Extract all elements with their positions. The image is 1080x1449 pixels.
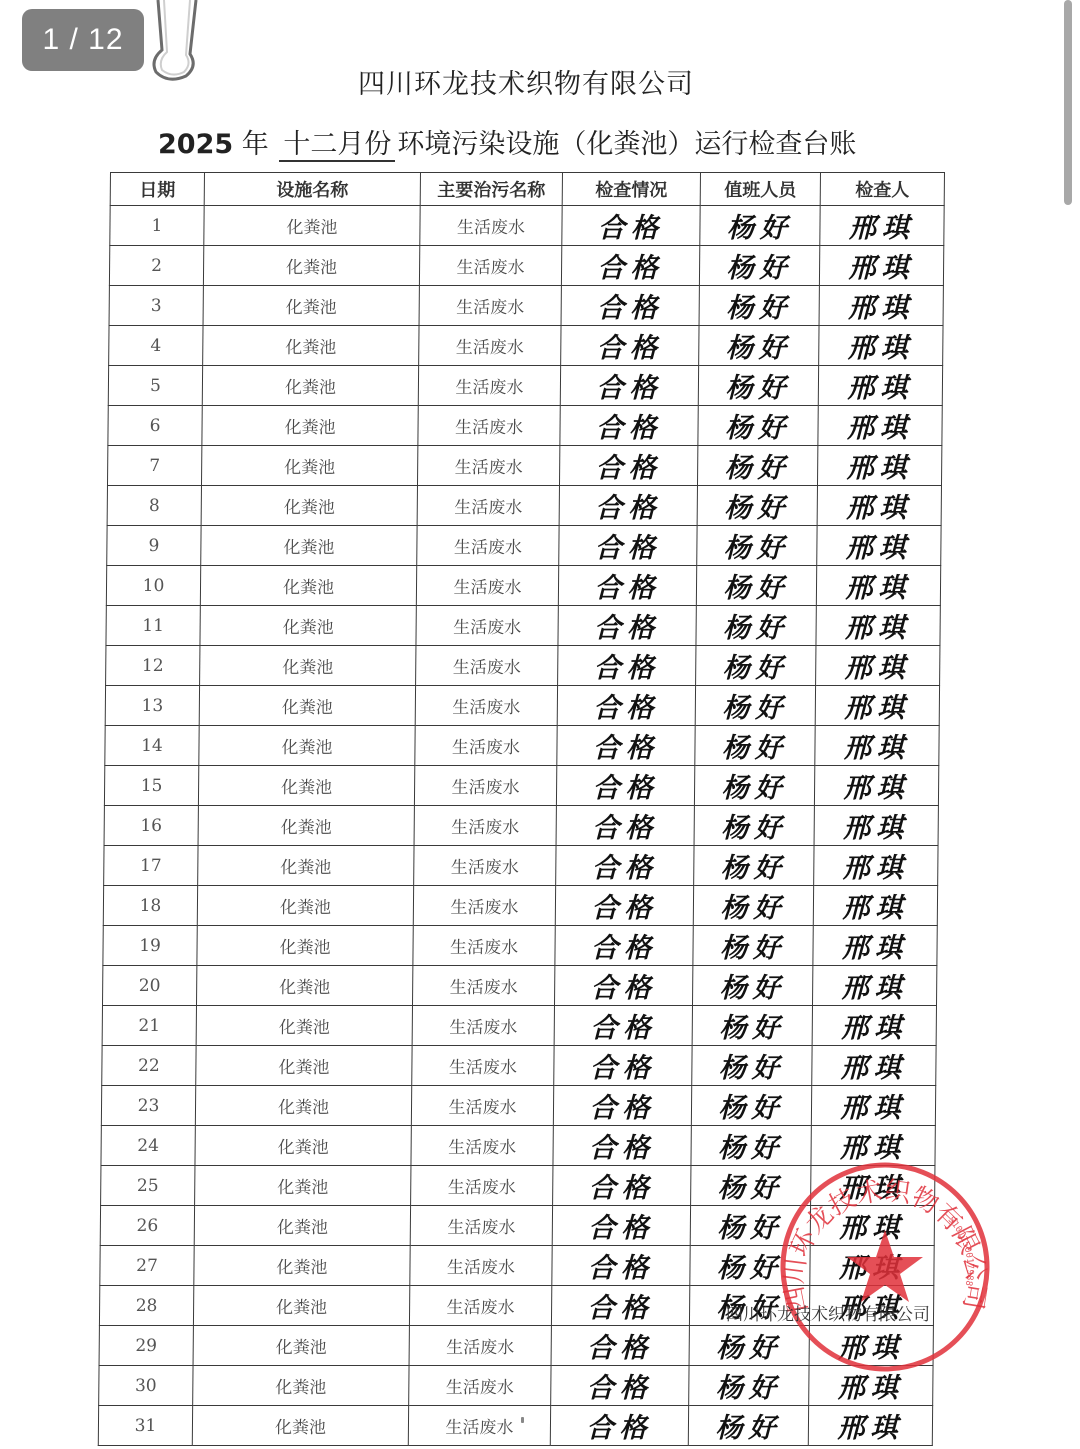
cell-duty-staff: 杨好 [699,246,819,286]
cell-pollutant: 生活废水 [417,486,559,526]
header-inspector: 检查人 [820,173,944,206]
cell-date: 20 [102,966,196,1006]
cell-duty-staff: 杨好 [700,206,820,246]
cell-date: 8 [107,486,201,526]
cell-inspector: 邢琪 [808,1406,932,1446]
cell-facility: 化粪池 [196,966,412,1006]
cell-date: 21 [102,1006,196,1046]
table-row: 23化粪池生活废水合格杨好邢琪 [101,1086,935,1126]
header-check-status: 检查情况 [562,173,700,206]
cell-check-status: 合格 [557,686,695,726]
cell-date: 15 [104,766,198,806]
table-row: 20化粪池生活废水合格杨好邢琪 [102,966,936,1006]
cell-pollutant: 生活废水 [408,1406,550,1446]
cell-date: 19 [103,926,197,966]
cell-inspector: 邢琪 [813,926,937,966]
cell-duty-staff: 杨好 [694,846,814,886]
cell-inspector: 邢琪 [812,966,936,1006]
table-row: 13化粪池生活废水合格杨好邢琪 [105,686,939,726]
cell-check-status: 合格 [554,1046,692,1086]
footer-company-name: 四川环龙技术织物有限公司 [726,1300,930,1325]
title-year: 2025 [158,129,233,160]
cell-pollutant: 生活废水 [410,1246,552,1286]
cell-facility: 化粪池 [200,566,416,606]
cell-facility: 化粪池 [201,486,417,526]
cell-pollutant: 生活废水 [409,1366,551,1406]
cell-inspector: 邢琪 [813,886,937,926]
cell-duty-staff: 杨好 [694,806,814,846]
cell-date: 9 [107,526,201,566]
title-rest: 环境污染设施（化粪池）运行检查台账 [397,129,856,160]
cell-facility: 化粪池 [203,326,419,366]
cell-pollutant: 生活废水 [417,446,559,486]
cell-facility: 化粪池 [203,246,419,286]
table-row: 4化粪池生活废水合格杨好邢琪 [109,326,943,366]
cell-inspector: 邢琪 [819,246,943,286]
cell-pollutant: 生活废水 [412,1006,554,1046]
table-row: 8化粪池生活废水合格杨好邢琪 [107,486,941,526]
company-title: 四川环龙技术织物有限公司 [0,62,1052,101]
cell-inspector: 邢琪 [814,846,938,886]
cell-check-status: 合格 [557,726,695,766]
cell-date: 3 [109,286,203,326]
cell-inspector: 邢琪 [816,566,940,606]
cell-duty-staff: 杨好 [695,686,815,726]
cell-check-status: 合格 [561,326,699,366]
cell-date: 7 [107,446,201,486]
cell-pollutant: 生活废水 [418,366,560,406]
cell-date: 31 [98,1406,192,1446]
table-row: 10化粪池生活废水合格杨好邢琪 [106,566,940,606]
cell-pollutant: 生活废水 [409,1326,551,1366]
cell-pollutant: 生活废水 [414,766,556,806]
cell-duty-staff: 杨好 [699,286,819,326]
cell-date: 27 [100,1246,194,1286]
cell-check-status: 合格 [558,566,696,606]
cell-duty-staff: 杨好 [691,1086,811,1126]
cell-pollutant: 生活废水 [415,686,557,726]
cell-facility: 化粪池 [194,1246,410,1286]
cell-inspector: 邢琪 [817,446,941,486]
cell-inspector: 邢琪 [816,606,940,646]
cell-check-status: 合格 [553,1126,691,1166]
cell-date: 12 [106,646,200,686]
cell-check-status: 合格 [551,1366,689,1406]
cell-inspector: 邢琪 [819,326,943,366]
table-row: 18化粪池生活废水合格杨好邢琪 [103,886,937,926]
cell-inspector: 邢琪 [820,206,944,246]
cell-check-status: 合格 [550,1406,688,1446]
cell-pollutant: 生活废水 [412,966,554,1006]
cell-pollutant: 生活废水 [416,606,558,646]
cell-date: 28 [99,1286,193,1326]
cell-check-status: 合格 [560,406,698,446]
cell-duty-staff: 杨好 [697,446,817,486]
cell-facility: 化粪池 [192,1406,408,1446]
cell-pollutant: 生活废水 [411,1126,553,1166]
cell-pollutant: 生活废水 [412,1046,554,1086]
cell-inspector: 邢琪 [812,1046,936,1086]
scrollbar[interactable] [1064,0,1072,205]
cell-facility: 化粪池 [198,766,414,806]
table-row: 19化粪池生活废水合格杨好邢琪 [103,926,937,966]
cell-pollutant: 生活废水 [410,1206,552,1246]
cell-facility: 化粪池 [202,406,418,446]
cell-date: 23 [101,1086,195,1126]
cell-pollutant: 生活废水 [411,1086,553,1126]
cell-check-status: 合格 [562,206,700,246]
cell-inspector: 邢琪 [819,286,943,326]
cell-pollutant: 生活废水 [411,1166,553,1206]
cell-pollutant: 生活废水 [420,206,562,246]
cell-facility: 化粪池 [200,646,416,686]
cell-date: 26 [100,1206,194,1246]
cell-duty-staff: 杨好 [692,1046,812,1086]
cell-inspector: 邢琪 [817,526,941,566]
cell-check-status: 合格 [554,966,692,1006]
cell-date: 24 [101,1126,195,1166]
table-row: 7化粪池生活废水合格杨好邢琪 [107,446,941,486]
cell-pollutant: 生活废水 [409,1286,551,1326]
title-month: 十二月份 [279,130,395,162]
table-header-row: 日期 设施名称 主要治污名称 检查情况 值班人员 检查人 [110,173,944,206]
table-row: 2化粪池生活废水合格杨好邢琪 [109,246,943,286]
cell-date: 13 [105,686,199,726]
table-row: 22化粪池生活废水合格杨好邢琪 [102,1046,936,1086]
cell-facility: 化粪池 [196,1046,412,1086]
cell-check-status: 合格 [556,806,694,846]
cell-duty-staff: 杨好 [693,886,813,926]
cell-date: 17 [104,846,198,886]
cell-check-status: 合格 [552,1246,690,1286]
cell-check-status: 合格 [553,1166,691,1206]
cell-facility: 化粪池 [199,686,415,726]
cell-check-status: 合格 [558,646,696,686]
cell-inspector: 邢琪 [814,766,938,806]
cell-facility: 化粪池 [195,1166,411,1206]
cell-duty-staff: 杨好 [697,486,817,526]
cell-duty-staff: 杨好 [696,606,816,646]
header-facility: 设施名称 [204,173,420,206]
cell-facility: 化粪池 [201,446,417,486]
table-row: 16化粪池生活废水合格杨好邢琪 [104,806,938,846]
cell-date: 30 [99,1366,193,1406]
cell-facility: 化粪池 [193,1366,409,1406]
cell-pollutant: 生活废水 [415,726,557,766]
cell-date: 29 [99,1326,193,1366]
document-title: 2025 年 十二月份环境污染设施（化粪池）运行检查台账 [158,122,856,162]
cell-check-status: 合格 [561,246,699,286]
cell-duty-staff: 杨好 [693,926,813,966]
cell-check-status: 合格 [555,926,693,966]
cell-check-status: 合格 [552,1206,690,1246]
cell-facility: 化粪池 [197,886,413,926]
table-row: 12化粪池生活废水合格杨好邢琪 [106,646,940,686]
cell-date: 14 [105,726,199,766]
ledger-table-container: 日期 设施名称 主要治污名称 检查情况 值班人员 检查人 1化粪池生活废水合格杨… [100,172,944,1188]
header-date: 日期 [110,173,204,206]
cell-check-status: 合格 [554,1006,692,1046]
cell-inspector: 邢琪 [816,646,940,686]
cell-facility: 化粪池 [195,1126,411,1166]
cell-duty-staff: 杨好 [698,366,818,406]
title-year-suffix: 年 [242,129,269,160]
cell-inspector: 邢琪 [815,686,939,726]
cell-facility: 化粪池 [193,1286,409,1326]
cell-pollutant: 生活废水 [418,406,560,446]
cell-date: 22 [102,1046,196,1086]
cell-pollutant: 生活废水 [413,886,555,926]
cell-check-status: 合格 [559,446,697,486]
cell-date: 2 [109,246,203,286]
cell-facility: 化粪池 [197,926,413,966]
table-row: 11化粪池生活废水合格杨好邢琪 [106,606,940,646]
cell-date: 1 [110,206,204,246]
cell-check-status: 合格 [559,486,697,526]
table-row: 3化粪池生活废水合格杨好邢琪 [109,286,943,326]
cell-duty-staff: 杨好 [699,326,819,366]
cell-date: 4 [109,326,203,366]
cell-check-status: 合格 [556,846,694,886]
cell-facility: 化粪池 [200,606,416,646]
cell-inspector: 邢琪 [812,1006,936,1046]
cell-check-status: 合格 [560,366,698,406]
cell-facility: 化粪池 [204,206,420,246]
cell-date: 6 [108,406,202,446]
cell-check-status: 合格 [555,886,693,926]
cell-duty-staff: 杨好 [692,1006,812,1046]
cell-inspector: 邢琪 [818,366,942,406]
cell-inspector: 邢琪 [818,406,942,446]
cell-facility: 化粪池 [193,1326,409,1366]
company-seal-stamp: 四川环龙技术织物有限公司 5101150017988 [778,1160,992,1374]
cell-date: 25 [101,1166,195,1206]
cell-duty-staff: 杨好 [696,646,816,686]
cell-facility: 化粪池 [202,366,418,406]
cell-facility: 化粪池 [196,1006,412,1046]
cell-duty-staff: 杨好 [698,406,818,446]
cell-check-status: 合格 [561,286,699,326]
cell-pollutant: 生活废水 [414,806,556,846]
cell-facility: 化粪池 [201,526,417,566]
star-icon [847,1230,923,1302]
cell-facility: 化粪池 [194,1206,410,1246]
cell-pollutant: 生活废水 [414,846,556,886]
cell-facility: 化粪池 [199,726,415,766]
cell-check-status: 合格 [551,1286,689,1326]
cell-duty-staff: 杨好 [696,566,816,606]
cell-check-status: 合格 [553,1086,691,1126]
cell-duty-staff: 杨好 [692,966,812,1006]
cell-date: 16 [104,806,198,846]
table-row: 17化粪池生活废水合格杨好邢琪 [104,846,938,886]
header-duty-staff: 值班人员 [700,173,820,206]
table-row: 21化粪池生活废水合格杨好邢琪 [102,1006,936,1046]
table-row: 5化粪池生活废水合格杨好邢琪 [108,366,942,406]
cell-inspector: 邢琪 [817,486,941,526]
header-pollutant: 主要治污名称 [420,173,562,206]
cell-date: 18 [103,886,197,926]
cell-check-status: 合格 [558,606,696,646]
cell-pollutant: 生活废水 [417,526,559,566]
cell-facility: 化粪池 [198,806,414,846]
table-row: 9化粪池生活废水合格杨好邢琪 [107,526,941,566]
cell-pollutant: 生活废水 [416,566,558,606]
cell-facility: 化粪池 [195,1086,411,1126]
table-row: 6化粪池生活废水合格杨好邢琪 [108,406,942,446]
cell-duty-staff: 杨好 [688,1406,808,1446]
cell-date: 10 [106,566,200,606]
table-row: 1化粪池生活废水合格杨好邢琪 [110,206,944,246]
cell-pollutant: 生活废水 [419,286,561,326]
cell-facility: 化粪池 [198,846,414,886]
cell-pollutant: 生活废水 [419,326,561,366]
page-mark [521,1417,524,1423]
table-row: 14化粪池生活废水合格杨好邢琪 [105,726,939,766]
cell-check-status: 合格 [556,766,694,806]
cell-duty-staff: 杨好 [694,766,814,806]
cell-inspector: 邢琪 [814,806,938,846]
cell-duty-staff: 杨好 [695,726,815,766]
cell-duty-staff: 杨好 [697,526,817,566]
cell-date: 5 [108,366,202,406]
cell-pollutant: 生活废水 [413,926,555,966]
cell-pollutant: 生活废水 [416,646,558,686]
cell-pollutant: 生活废水 [419,246,561,286]
cell-facility: 化粪池 [203,286,419,326]
cell-date: 11 [106,606,200,646]
cell-check-status: 合格 [559,526,697,566]
table-row: 15化粪池生活废水合格杨好邢琪 [104,766,938,806]
cell-inspector: 邢琪 [815,726,939,766]
cell-check-status: 合格 [551,1326,689,1366]
table-row: 31化粪池生活废水合格杨好邢琪 [98,1406,932,1446]
cell-inspector: 邢琪 [811,1086,935,1126]
